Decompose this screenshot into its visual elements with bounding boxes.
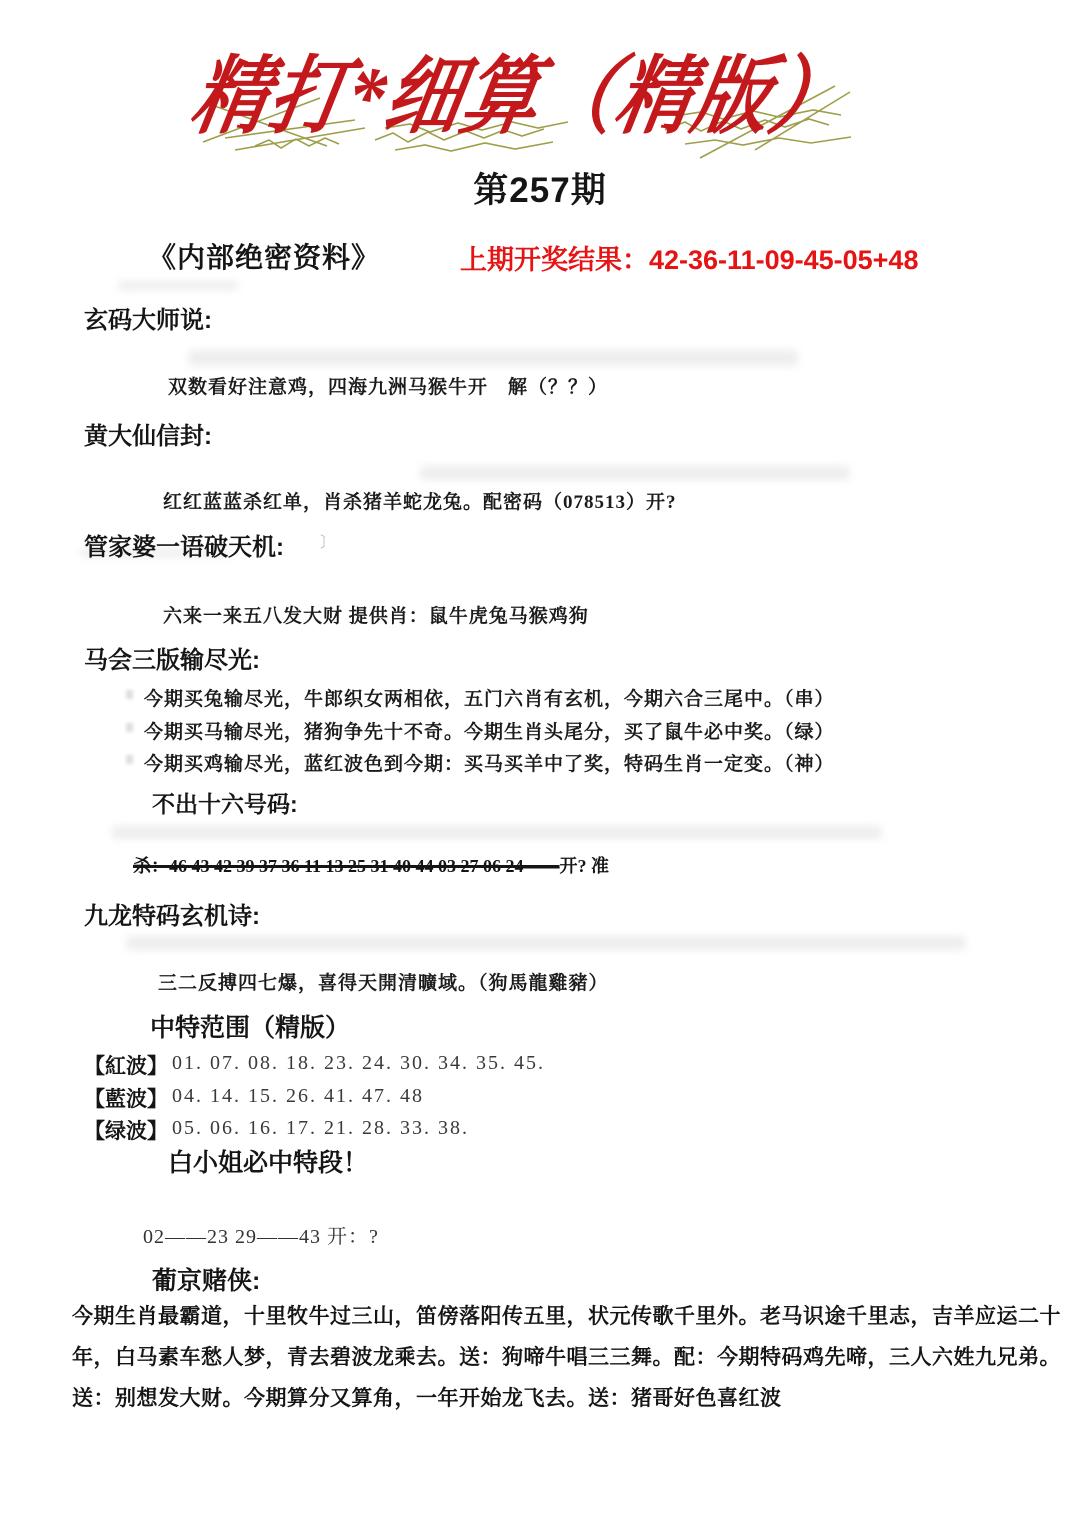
faint-scan-mark: 〕 bbox=[320, 531, 335, 552]
scan-smudge bbox=[126, 936, 966, 950]
section-heading-zhongte: 中特范围（精版） bbox=[150, 1008, 350, 1044]
mahui-line-3: 今期买鸡输尽光，蓝红波色到今期：买马买羊中了奖，特码生肖一定变。（神） bbox=[144, 749, 835, 776]
scan-smudge bbox=[188, 350, 798, 366]
scan-smudge bbox=[420, 466, 850, 480]
mahui-line-2: 今期买马输尽光，猪狗争先十不奇。今期生肖头尾分，买了鼠牛必中奖。（绿） bbox=[144, 717, 835, 744]
green-wave-label: 【绿波】 bbox=[84, 1115, 168, 1145]
killed-numbers-line: 杀：46 43 42 39 37 36 11 13 25 31 40 44 03… bbox=[133, 852, 609, 878]
issue-number: 第257期 bbox=[0, 163, 1080, 213]
killed-numbers-strikethrough: 杀：46 43 42 39 37 36 11 13 25 31 40 44 03… bbox=[133, 856, 560, 876]
masthead-title: 精打*细算（精版） bbox=[183, 28, 860, 150]
scan-mark bbox=[126, 690, 133, 699]
section-heading-xuanma: 玄码大师说: bbox=[84, 300, 212, 335]
section-heading-pujing: 葡京赌侠: bbox=[152, 1261, 260, 1297]
scan-smudge bbox=[112, 826, 882, 839]
red-wave-label: 【紅波】 bbox=[84, 1050, 168, 1080]
scan-mark bbox=[126, 723, 133, 732]
killed-numbers-result: 开? 准 bbox=[560, 856, 610, 876]
pujing-line-3: 送：别想发大财。今期算分又算角，一年开始龙飞去。送：猪哥好色喜红波 bbox=[72, 1382, 782, 1412]
section-heading-jiulong: 九龙特码玄机诗: bbox=[84, 896, 260, 931]
last-draw-result: 上期开奖结果：42-36-11-09-45-05+48 bbox=[460, 238, 918, 277]
scan-mark bbox=[126, 755, 133, 764]
doc-label: 《内部绝密资料》 bbox=[148, 236, 380, 276]
scan-smudge bbox=[118, 281, 238, 290]
section-heading-baixiaojie: 白小姐必中特段！ bbox=[168, 1143, 368, 1179]
huangdaxian-tip-line: 红红蓝蓝杀红单，肖杀猪羊蛇龙兔。配密码（078513）开? bbox=[163, 487, 677, 514]
mahui-line-1: 今期买兔输尽光，牛郎织女两相依，五门六肖有玄机，今期六合三尾中。（串） bbox=[144, 684, 835, 711]
section-heading-huangdaxian: 黄大仙信封: bbox=[84, 416, 212, 451]
green-wave-numbers: 05. 06. 16. 17. 21. 28. 33. 38. bbox=[172, 1117, 469, 1140]
red-wave-numbers: 01. 07. 08. 18. 23. 24. 30. 34. 35. 45. bbox=[172, 1052, 545, 1075]
xuanma-tip-line: 双数看好注意鸡，四海九洲马猴牛开 解（？？） bbox=[168, 372, 608, 399]
section-heading-mahui: 马会三版输尽光: bbox=[84, 640, 260, 675]
baixiaojie-range-line: 02——23 29——43 开：? bbox=[143, 1220, 379, 1249]
pujing-line-2: 年，白马素车愁人梦，青去碧波龙乘去。送：狗啼牛唱三三舞。配：今期特码鸡先啼，三人… bbox=[72, 1341, 1061, 1371]
blue-wave-label: 【藍波】 bbox=[84, 1083, 168, 1113]
jiulong-poem-line: 三二反搏四七爆，喜得天開清曠域。（狗馬龍雞豬） bbox=[158, 968, 609, 995]
blue-wave-numbers: 04. 14. 15. 26. 41. 47. 48 bbox=[172, 1085, 424, 1108]
document-page: 精打*细算（精版） 第257期 《内部绝密资料》 上期开奖结果：42-36-11… bbox=[0, 0, 1080, 1527]
guanjiapo-tip-line: 六来一来五八发大财 提供肖：鼠牛虎兔马猴鸡狗 bbox=[163, 601, 589, 628]
pujing-line-1: 今期生肖最霸道，十里牧牛过三山，笛傍落阳传五里，状元传歌千里外。老马识途千里志，… bbox=[72, 1300, 1061, 1330]
section-heading-guanjiapo: 管家婆一语破天机: bbox=[84, 527, 284, 562]
section-heading-buchu: 不出十六号码: bbox=[152, 786, 298, 819]
